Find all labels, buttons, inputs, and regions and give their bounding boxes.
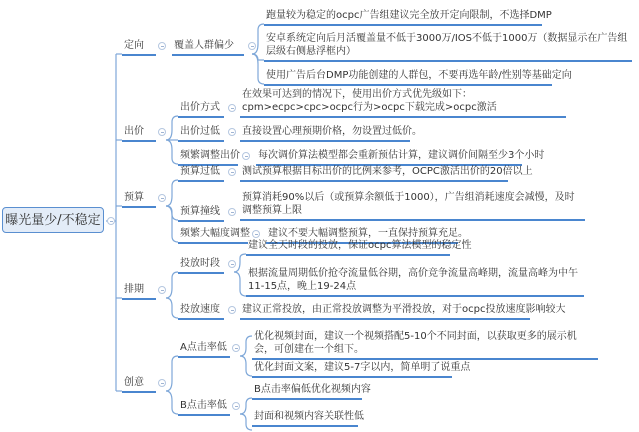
collapse-icon[interactable] — [107, 217, 115, 225]
node-frequent-bid-change[interactable]: 频繁调整出价 — [178, 149, 238, 166]
detail-item: 安卓系统定向后月活覆盖量不低于3000万/IOS不低于1000万（数据显示在广告… — [264, 32, 632, 62]
collapse-icon[interactable] — [158, 42, 166, 50]
detail-item: 优化封面文案，建议5-7字以内，简单明了说重点 — [252, 361, 452, 378]
detail-item: 直接设置心理预期价格，勿设置过低价。 — [240, 125, 410, 142]
collapse-icon[interactable] — [242, 152, 250, 160]
collapse-icon[interactable] — [158, 128, 166, 136]
node-delivery-speed[interactable]: 投放速度 — [178, 303, 224, 320]
node-budget-too-low[interactable]: 预算过低 — [178, 165, 224, 182]
collapse-icon[interactable] — [158, 194, 166, 202]
collapse-icon[interactable] — [232, 402, 240, 410]
node-audience-small[interactable]: 覆盖人群偏少 — [172, 39, 244, 56]
collapse-icon[interactable] — [248, 42, 256, 50]
node-bid-method[interactable]: 出价方式 — [178, 101, 224, 118]
detail-item: B点击率偏低优化视频内容 — [252, 383, 362, 400]
detail-item: 封面和视频内容关联性低 — [252, 410, 358, 427]
branch-bidding[interactable]: 出价 — [122, 125, 156, 142]
node-ctr-low-b[interactable]: B点击率低 — [178, 399, 230, 416]
detail-item: 在效果可达到的情况下，使用出价方式优先级如下：cpm>ecpc>cpc>ocpc… — [240, 88, 566, 118]
node-bid-too-low[interactable]: 出价过低 — [178, 125, 224, 142]
branch-budget[interactable]: 预算 — [122, 191, 156, 208]
root-label: 曝光量少/不稳定 — [5, 213, 100, 228]
collapse-icon[interactable] — [228, 306, 236, 314]
collapse-icon[interactable] — [228, 104, 236, 112]
detail-item: 测试预算根据目标出价的比例来参考，OCPC激活出价的20倍以上 — [240, 165, 508, 182]
detail-item: 跑量较为稳定的ocpc广告组建议完全放开定向限制，不选择DMP — [264, 9, 542, 26]
collapse-icon[interactable] — [252, 230, 260, 238]
collapse-icon[interactable] — [232, 344, 240, 352]
node-budget-cap-hit[interactable]: 预算撞线 — [178, 205, 224, 222]
branch-targeting[interactable]: 定向 — [122, 39, 156, 56]
collapse-icon[interactable] — [228, 208, 236, 216]
detail-item: 优化视频封面，建议一个视频搭配5-10个不同封面，以获取更多的展示机会，可创建在… — [252, 330, 598, 360]
collapse-icon[interactable] — [228, 260, 236, 268]
node-ctr-low-a[interactable]: A点击率低 — [178, 341, 230, 358]
collapse-icon[interactable] — [158, 379, 166, 387]
detail-item: 预算消耗90%以后（或预算余额低于1000），广告组消耗速度会减慢，及时调整预算… — [240, 191, 585, 221]
root-node[interactable]: 曝光量少/不稳定 — [2, 207, 104, 233]
detail-item: 使用广告后台DMP功能创建的人群包，不要再选年龄/性别等基础定向 — [264, 69, 552, 86]
collapse-icon[interactable] — [228, 128, 236, 136]
detail-item: 根据流量周期低价抢夺流量低谷期，高价竞争流量高峰期，流量高峰为中午11-15点，… — [246, 267, 584, 297]
branch-schedule[interactable]: 排期 — [122, 283, 156, 300]
branch-creative[interactable]: 创意 — [122, 376, 156, 393]
node-delivery-time[interactable]: 投放时段 — [178, 257, 224, 274]
detail-item: 每次调价算法模型都会重新预估计算，建议调价间隔至少3个小时 — [256, 149, 522, 166]
collapse-icon[interactable] — [228, 168, 236, 176]
node-frequent-budget-change[interactable]: 频繁大幅度调整 — [178, 227, 248, 244]
collapse-icon[interactable] — [158, 286, 166, 294]
detail-item: 建议正常投放，由正常投放调整为平滑投放，对于ocpc投放速度影响较大 — [240, 303, 530, 320]
detail-item: 建议全天时段的投放，保证ocpc算法模型的稳定性 — [246, 239, 450, 256]
